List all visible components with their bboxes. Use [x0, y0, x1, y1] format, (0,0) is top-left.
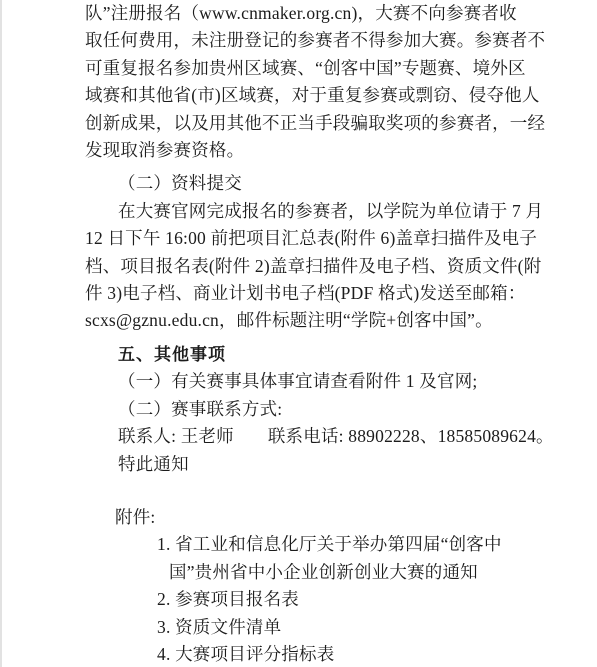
- attachments-label: 附件:: [115, 504, 535, 531]
- other-item-1: （一）有关赛事具体事宜请查看附件 1 及官网;: [118, 368, 535, 395]
- contact-person: 联系人: 王老师: [118, 426, 234, 446]
- text-line: 队”注册报名（www.cnmaker.org.cn)，大赛不向参赛者收: [85, 0, 535, 27]
- text-line: 取任何费用，未注册登记的参赛者不得参加大赛。参赛者不: [85, 27, 535, 54]
- contact-line: 联系人: 王老师联系电话: 88902228、18585089624。: [118, 423, 535, 450]
- section-material-submission: （二）资料提交 在大赛官网完成报名的参赛者，以学院为单位请于 7 月 12 日下…: [85, 170, 535, 334]
- other-item-2: （二）赛事联系方式:: [118, 396, 535, 423]
- document-page: 队”注册报名（www.cnmaker.org.cn)，大赛不向参赛者收 取任何费…: [0, 0, 597, 667]
- attachment-item-1-line-1: 1. 省工业和信息化厅关于举办第四届“创客中: [157, 531, 535, 558]
- attachment-item-2: 2. 参赛项目报名表: [157, 586, 535, 613]
- text-line: 在大赛官网完成报名的参赛者，以学院为单位请于 7 月: [118, 198, 535, 225]
- notice-line: 特此通知: [118, 451, 535, 478]
- section-other-matters: 五、其他事项 （一）有关赛事具体事宜请查看附件 1 及官网; （二）赛事联系方式…: [85, 341, 535, 478]
- attachment-item-1-line-2: 国”贵州省中小企业创新创业大赛的通知: [169, 559, 535, 586]
- text-line: 发现取消参赛资格。: [85, 137, 535, 164]
- email-text-line: scxs@gznu.edu.cn，邮件标题注明“学院+创客中国”。: [85, 307, 535, 334]
- attachment-item-3: 3. 资质文件清单: [157, 614, 535, 641]
- text-line: 可重复报名参加贵州区域赛、“创客中国”专题赛、境外区: [85, 55, 535, 82]
- paragraph-registration-rules: 队”注册报名（www.cnmaker.org.cn)，大赛不向参赛者收 取任何费…: [85, 0, 535, 164]
- text-line: 档、项目报名表(附件 2)盖章扫描件及电子档、资质文件(附: [85, 253, 535, 280]
- text-line: 创新成果，以及用其他不正当手段骗取奖项的参赛者，一经: [85, 110, 535, 137]
- contact-phone: 联系电话: 88902228、18585089624。: [268, 426, 554, 446]
- text-line: 件 3)电子档、商业计划书电子档(PDF 格式)发送至邮箱：: [85, 280, 535, 307]
- text-line: 域赛和其他省(市)区域赛，对于重复参赛或剽窃、侵夺他人: [85, 82, 535, 109]
- section-heading-other-matters: 五、其他事项: [118, 341, 535, 368]
- document-content: 队”注册报名（www.cnmaker.org.cn)，大赛不向参赛者收 取任何费…: [85, 0, 535, 667]
- attachment-item-4: 4. 大赛项目评分指标表: [157, 641, 535, 667]
- subsection-heading-material: （二）资料提交: [118, 170, 535, 197]
- text-line: 12 日下午 16:00 前把项目汇总表(附件 6)盖章扫描件及电子: [85, 225, 535, 252]
- vertical-gap: [85, 478, 535, 504]
- attachments-list: 附件: 1. 省工业和信息化厅关于举办第四届“创客中 国”贵州省中小企业创新创业…: [85, 504, 535, 667]
